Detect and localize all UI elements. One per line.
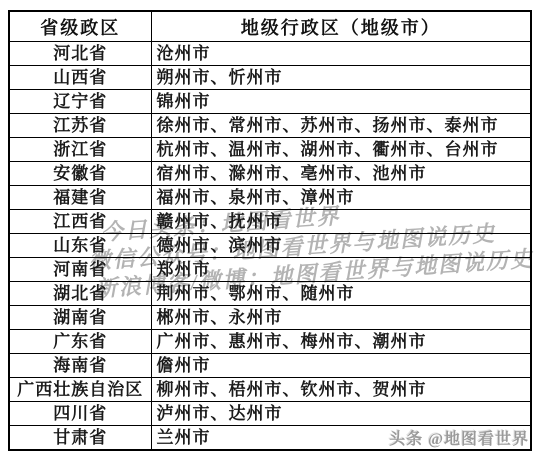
column-header-province: 省级政区	[9, 11, 151, 42]
province-cell: 湖北省	[9, 282, 151, 306]
table-row: 江苏省徐州市、常州市、苏州市、扬州市、泰州市	[9, 114, 531, 138]
table-row: 湖北省荆州市、鄂州市、随州市	[9, 282, 531, 306]
page: { "page": { "background": "#ffffff" }, "…	[0, 0, 539, 457]
province-cell: 广东省	[9, 330, 151, 354]
cities-cell: 广州市、惠州市、梅州市、潮州市	[151, 330, 531, 354]
cities-cell: 沧州市	[151, 42, 531, 66]
table-row: 福建省福州市、泉州市、漳州市	[9, 186, 531, 210]
table-row: 四川省泸州市、达州市	[9, 402, 531, 426]
cities-cell: 锦州市	[151, 90, 531, 114]
province-cell: 四川省	[9, 402, 151, 426]
cities-cell: 德州市、滨州市	[151, 234, 531, 258]
cities-cell: 杭州市、温州市、湖州市、衢州市、台州市	[151, 138, 531, 162]
table-row: 河北省沧州市	[9, 42, 531, 66]
cities-cell: 荆州市、鄂州市、随州市	[151, 282, 531, 306]
province-cell: 山西省	[9, 66, 151, 90]
table-body: 河北省沧州市山西省朔州市、忻州市辽宁省锦州市江苏省徐州市、常州市、苏州市、扬州市…	[9, 42, 531, 451]
admin-regions-table-wrap: 省级政区 地级行政区（地级市） 河北省沧州市山西省朔州市、忻州市辽宁省锦州市江苏…	[8, 10, 532, 451]
table-row: 湖南省郴州市、永州市	[9, 306, 531, 330]
province-cell: 甘肃省	[9, 426, 151, 451]
header-row: 省级政区 地级行政区（地级市）	[9, 11, 531, 42]
cities-cell: 泸州市、达州市	[151, 402, 531, 426]
table-row: 山西省朔州市、忻州市	[9, 66, 531, 90]
table-row: 河南省郑州市	[9, 258, 531, 282]
province-cell: 河南省	[9, 258, 151, 282]
province-cell: 浙江省	[9, 138, 151, 162]
cities-cell: 徐州市、常州市、苏州市、扬州市、泰州市	[151, 114, 531, 138]
cities-cell: 儋州市	[151, 354, 531, 378]
table-row: 广西壮族自治区柳州市、梧州市、钦州市、贺州市	[9, 378, 531, 402]
admin-regions-table: 省级政区 地级行政区（地级市） 河北省沧州市山西省朔州市、忻州市辽宁省锦州市江苏…	[8, 10, 532, 451]
cities-cell: 赣州市、抚州市	[151, 210, 531, 234]
table-row: 安徽省宿州市、滁州市、亳州市、池州市	[9, 162, 531, 186]
cities-cell: 兰州市	[151, 426, 531, 451]
province-cell: 山东省	[9, 234, 151, 258]
province-cell: 海南省	[9, 354, 151, 378]
column-header-cities: 地级行政区（地级市）	[151, 11, 531, 42]
cities-cell: 宿州市、滁州市、亳州市、池州市	[151, 162, 531, 186]
province-cell: 河北省	[9, 42, 151, 66]
province-cell: 广西壮族自治区	[9, 378, 151, 402]
cities-cell: 郑州市	[151, 258, 531, 282]
table-row: 山东省德州市、滨州市	[9, 234, 531, 258]
table-row: 浙江省杭州市、温州市、湖州市、衢州市、台州市	[9, 138, 531, 162]
province-cell: 江西省	[9, 210, 151, 234]
province-cell: 安徽省	[9, 162, 151, 186]
table-row: 海南省儋州市	[9, 354, 531, 378]
table-row: 辽宁省锦州市	[9, 90, 531, 114]
province-cell: 江苏省	[9, 114, 151, 138]
table-row: 甘肃省兰州市	[9, 426, 531, 451]
province-cell: 福建省	[9, 186, 151, 210]
cities-cell: 柳州市、梧州市、钦州市、贺州市	[151, 378, 531, 402]
province-cell: 辽宁省	[9, 90, 151, 114]
table-row: 广东省广州市、惠州市、梅州市、潮州市	[9, 330, 531, 354]
province-cell: 湖南省	[9, 306, 151, 330]
cities-cell: 福州市、泉州市、漳州市	[151, 186, 531, 210]
cities-cell: 郴州市、永州市	[151, 306, 531, 330]
table-row: 江西省赣州市、抚州市	[9, 210, 531, 234]
cities-cell: 朔州市、忻州市	[151, 66, 531, 90]
